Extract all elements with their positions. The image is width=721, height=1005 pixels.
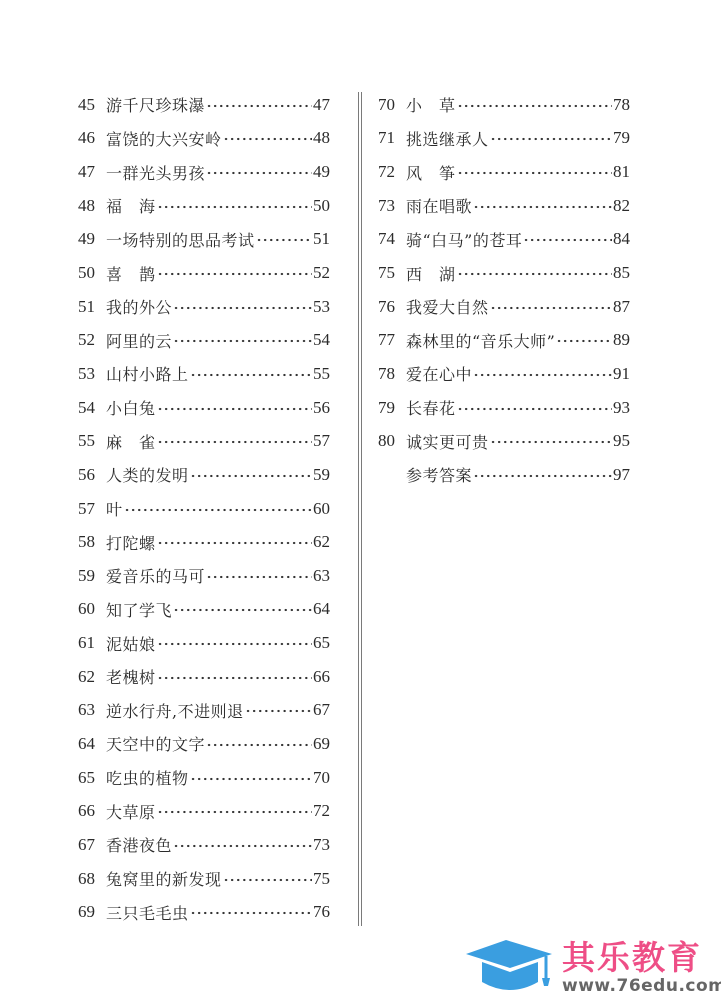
entry-number: 76 <box>378 297 406 317</box>
entry-title: 富饶的大兴安岭 <box>106 127 222 150</box>
entry-number: 48 <box>78 196 106 216</box>
toc-entry: 50喜 鹊52 <box>78 256 330 290</box>
toc-entry: 64天空中的文字69 <box>78 727 330 761</box>
graduation-cap-icon <box>462 938 558 998</box>
entry-page-number: 54 <box>313 330 330 350</box>
entry-page-number: 70 <box>313 768 330 788</box>
entry-title: 西 湖 <box>406 262 456 285</box>
entry-number: 62 <box>78 667 106 687</box>
toc-entry: 79长春花93 <box>378 391 630 425</box>
entry-page-number: 65 <box>313 633 330 653</box>
entry-number: 66 <box>78 801 106 821</box>
dot-leader <box>206 737 312 753</box>
entry-number: 79 <box>378 398 406 418</box>
entry-page-number: 81 <box>613 162 630 182</box>
entry-page-number: 64 <box>313 599 330 619</box>
entry-number: 80 <box>378 431 406 451</box>
dot-leader <box>124 502 312 518</box>
entry-number: 64 <box>78 734 106 754</box>
entry-page-number: 85 <box>613 263 630 283</box>
dot-leader <box>490 300 612 316</box>
entry-number: 63 <box>78 700 106 720</box>
dot-leader <box>457 165 612 181</box>
entry-page-number: 50 <box>313 196 330 216</box>
entry-number: 49 <box>78 229 106 249</box>
entry-number: 60 <box>78 599 106 619</box>
entry-title: 爱在心中 <box>406 362 472 385</box>
entry-page-number: 47 <box>313 95 330 115</box>
dot-leader <box>190 771 312 787</box>
dot-leader <box>490 131 612 147</box>
entry-page-number: 51 <box>313 229 330 249</box>
dot-leader <box>190 905 312 921</box>
entry-page-number: 62 <box>313 532 330 552</box>
dot-leader <box>256 232 312 248</box>
toc-entry: 60知了学飞64 <box>78 593 330 627</box>
dot-leader <box>457 98 612 114</box>
entry-title: 骑“白马”的苍耳 <box>406 228 522 251</box>
entry-number: 71 <box>378 128 406 148</box>
entry-title: 泥姑娘 <box>106 632 156 655</box>
toc-right-column: 70小 草7871挑选继承人7972风 筝8173雨在唱歌8274骑“白马”的苍… <box>378 88 630 492</box>
toc-entry: 76我爱大自然87 <box>378 290 630 324</box>
toc-entry: 56人类的发明59 <box>78 458 330 492</box>
entry-title: 大草原 <box>106 800 156 823</box>
entry-title: 一群光头男孩 <box>106 161 205 184</box>
entry-title: 喜 鹊 <box>106 262 156 285</box>
dot-leader <box>206 98 312 114</box>
dot-leader <box>223 872 312 888</box>
entry-page-number: 73 <box>313 835 330 855</box>
toc-entry: 75西 湖85 <box>378 256 630 290</box>
entry-page-number: 75 <box>313 869 330 889</box>
entry-number: 74 <box>378 229 406 249</box>
dot-leader <box>157 434 312 450</box>
entry-number: 55 <box>78 431 106 451</box>
toc-entry: 68兔窝里的新发现75 <box>78 862 330 896</box>
entry-title: 打陀螺 <box>106 531 156 554</box>
toc-entry: 63逆水行舟,不进则退67 <box>78 694 330 728</box>
entry-number: 77 <box>378 330 406 350</box>
entry-title: 我的外公 <box>106 295 172 318</box>
entry-number: 73 <box>378 196 406 216</box>
entry-number: 65 <box>78 768 106 788</box>
entry-page-number: 82 <box>613 196 630 216</box>
toc-left-column: 45游千尺珍珠瀑4746富饶的大兴安岭4847一群光头男孩4948福 海5049… <box>78 88 330 929</box>
entry-number: 78 <box>378 364 406 384</box>
toc-entry: 77森林里的“音乐大师”89 <box>378 323 630 357</box>
entry-number: 67 <box>78 835 106 855</box>
entry-page-number: 60 <box>313 499 330 519</box>
toc-entry: 80诚实更可贵95 <box>378 424 630 458</box>
entry-page-number: 76 <box>313 902 330 922</box>
dot-leader <box>490 434 612 450</box>
dot-leader <box>245 703 312 719</box>
toc-entry: 70小 草78 <box>378 88 630 122</box>
entry-page-number: 57 <box>313 431 330 451</box>
entry-number: 54 <box>78 398 106 418</box>
entry-title: 兔窝里的新发现 <box>106 867 222 890</box>
dot-leader <box>473 468 612 484</box>
entry-title: 我爱大自然 <box>406 295 489 318</box>
toc-entry: 78爱在心中91 <box>378 357 630 391</box>
entry-page-number: 52 <box>313 263 330 283</box>
entry-page-number: 63 <box>313 566 330 586</box>
toc-entry: 67香港夜色73 <box>78 828 330 862</box>
entry-title: 参考答案 <box>406 463 472 486</box>
entry-title: 爱音乐的马可 <box>106 564 205 587</box>
toc-entry: 72风 筝81 <box>378 155 630 189</box>
dot-leader <box>157 266 312 282</box>
column-divider <box>358 92 362 926</box>
toc-entry: 47一群光头男孩49 <box>78 155 330 189</box>
dot-leader <box>190 367 312 383</box>
toc-entry: 55麻 雀57 <box>78 424 330 458</box>
entry-title: 人类的发明 <box>106 463 189 486</box>
entry-title: 吃虫的植物 <box>106 766 189 789</box>
entry-title: 小白兔 <box>106 396 156 419</box>
entry-title: 叶 <box>106 497 123 520</box>
entry-number: 68 <box>78 869 106 889</box>
entry-number: 56 <box>78 465 106 485</box>
toc-entry: 69三只毛毛虫76 <box>78 895 330 929</box>
entry-number: 61 <box>78 633 106 653</box>
entry-title: 挑选继承人 <box>406 127 489 150</box>
entry-title: 风 筝 <box>406 161 456 184</box>
dot-leader <box>523 232 612 248</box>
entry-number: 70 <box>378 95 406 115</box>
toc-entry: 54小白兔56 <box>78 391 330 425</box>
entry-title: 长春花 <box>406 396 456 419</box>
entry-page-number: 87 <box>613 297 630 317</box>
toc-entry: 46富饶的大兴安岭48 <box>78 122 330 156</box>
entry-number: 69 <box>78 902 106 922</box>
toc-entry: 73雨在唱歌82 <box>378 189 630 223</box>
dot-leader <box>173 333 312 349</box>
dot-leader <box>157 670 312 686</box>
entry-page-number: 48 <box>313 128 330 148</box>
entry-number: 50 <box>78 263 106 283</box>
toc-entry: 53山村小路上55 <box>78 357 330 391</box>
entry-number: 53 <box>78 364 106 384</box>
entry-title: 一场特别的思品考试 <box>106 228 255 251</box>
entry-page-number: 84 <box>613 229 630 249</box>
entry-page-number: 97 <box>613 465 630 485</box>
toc-entry: 58打陀螺62 <box>78 525 330 559</box>
entry-number: 51 <box>78 297 106 317</box>
dot-leader <box>457 401 612 417</box>
entry-number: 45 <box>78 95 106 115</box>
dot-leader <box>473 367 612 383</box>
dot-leader <box>157 199 312 215</box>
dot-leader <box>473 199 612 215</box>
entry-page-number: 67 <box>313 700 330 720</box>
toc-entry: 61泥姑娘65 <box>78 626 330 660</box>
entry-page-number: 91 <box>613 364 630 384</box>
entry-number: 47 <box>78 162 106 182</box>
dot-leader <box>556 333 612 349</box>
toc-entry: 57叶60 <box>78 492 330 526</box>
entry-page-number: 89 <box>613 330 630 350</box>
dot-leader <box>457 266 612 282</box>
toc-entry: 59爱音乐的马可63 <box>78 559 330 593</box>
dot-leader <box>157 804 312 820</box>
entry-number: 75 <box>378 263 406 283</box>
toc-entry: 48福 海50 <box>78 189 330 223</box>
toc-entry: 49一场特别的思品考试51 <box>78 223 330 257</box>
toc-entry: 71挑选继承人79 <box>378 122 630 156</box>
toc-entry: 74骑“白马”的苍耳84 <box>378 223 630 257</box>
dot-leader <box>206 165 312 181</box>
entry-page-number: 56 <box>313 398 330 418</box>
entry-number: 46 <box>78 128 106 148</box>
toc-entry: 45游千尺珍珠瀑47 <box>78 88 330 122</box>
entry-page-number: 95 <box>613 431 630 451</box>
toc-entry: 51我的外公53 <box>78 290 330 324</box>
entry-page-number: 78 <box>613 95 630 115</box>
dot-leader <box>223 131 312 147</box>
entry-title: 老槐树 <box>106 665 156 688</box>
dot-leader <box>206 569 312 585</box>
entry-number: 59 <box>78 566 106 586</box>
dot-leader <box>173 838 312 854</box>
entry-title: 香港夜色 <box>106 833 172 856</box>
toc-entry: 52阿里的云54 <box>78 323 330 357</box>
entry-title: 游千尺珍珠瀑 <box>106 93 205 116</box>
dot-leader <box>157 636 312 652</box>
entry-title: 阿里的云 <box>106 329 172 352</box>
entry-page-number: 59 <box>313 465 330 485</box>
entry-title: 福 海 <box>106 194 156 217</box>
entry-title: 森林里的“音乐大师” <box>406 329 555 352</box>
entry-title: 雨在唱歌 <box>406 194 472 217</box>
entry-number: 52 <box>78 330 106 350</box>
entry-page-number: 53 <box>313 297 330 317</box>
entry-page-number: 69 <box>313 734 330 754</box>
entry-title: 诚实更可贵 <box>406 430 489 453</box>
entry-title: 小 草 <box>406 93 456 116</box>
entry-page-number: 55 <box>313 364 330 384</box>
dot-leader <box>173 602 312 618</box>
entry-number: 58 <box>78 532 106 552</box>
watermark-brand: 其乐教育 <box>562 932 702 979</box>
watermark-url: www.76edu.com <box>562 976 721 996</box>
entry-number: 57 <box>78 499 106 519</box>
toc-entry: 参考答案97 <box>378 458 630 492</box>
dot-leader <box>173 300 312 316</box>
entry-page-number: 79 <box>613 128 630 148</box>
toc-entry: 66大草原72 <box>78 794 330 828</box>
entry-title: 天空中的文字 <box>106 732 205 755</box>
entry-title: 知了学飞 <box>106 598 172 621</box>
entry-title: 三只毛毛虫 <box>106 901 189 924</box>
entry-title: 山村小路上 <box>106 362 189 385</box>
entry-page-number: 93 <box>613 398 630 418</box>
dot-leader <box>157 535 312 551</box>
toc-entry: 65吃虫的植物70 <box>78 761 330 795</box>
dot-leader <box>190 468 312 484</box>
entry-title: 麻 雀 <box>106 430 156 453</box>
entry-number: 72 <box>378 162 406 182</box>
toc-entry: 62老槐树66 <box>78 660 330 694</box>
dot-leader <box>157 401 312 417</box>
entry-title: 逆水行舟,不进则退 <box>106 699 244 722</box>
entry-page-number: 72 <box>313 801 330 821</box>
entry-page-number: 49 <box>313 162 330 182</box>
watermark-logo: 其乐教育 www.76edu.com <box>462 930 720 1000</box>
entry-page-number: 66 <box>313 667 330 687</box>
